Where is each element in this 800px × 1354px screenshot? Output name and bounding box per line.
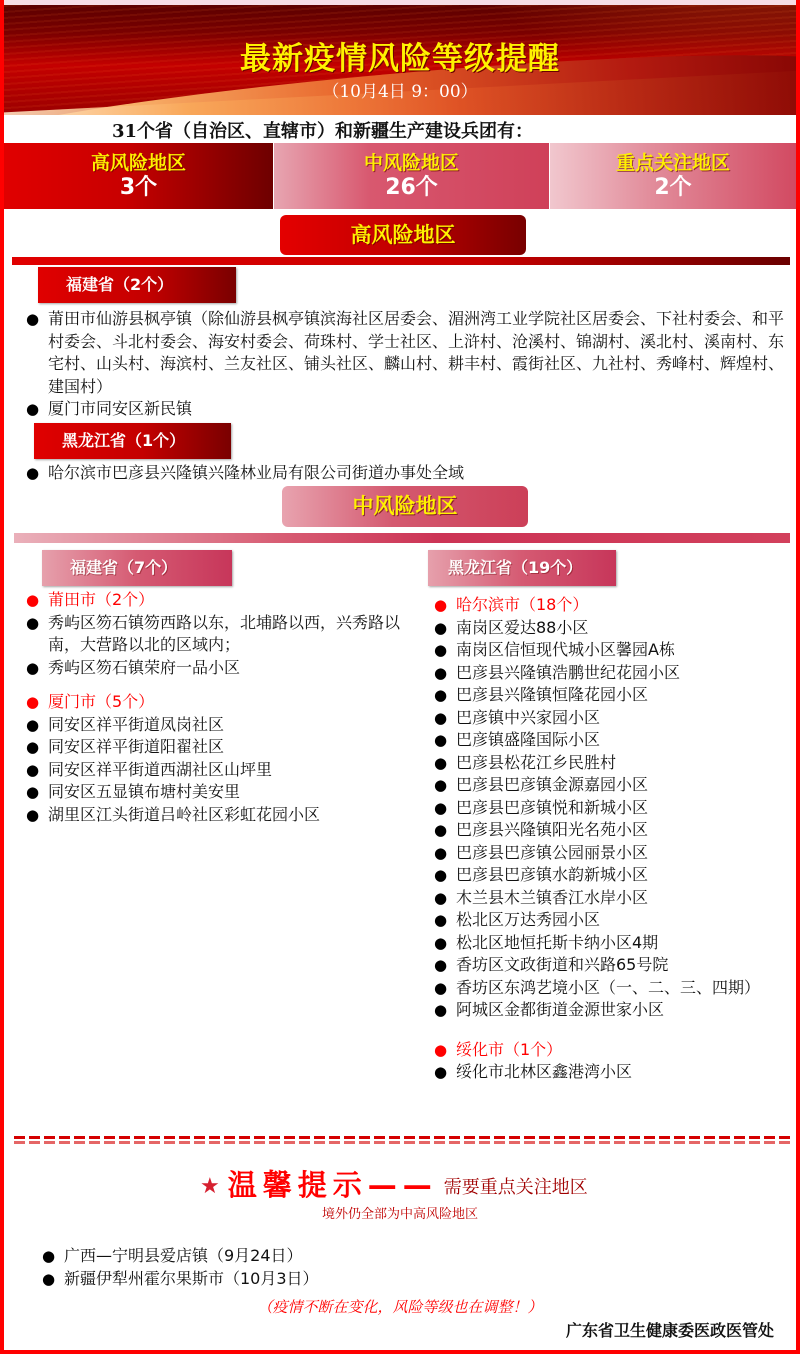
city-heading-putian: 莆田市（2个） (26, 589, 406, 612)
star-icon: ★ (200, 1171, 220, 1203)
risk-summary-bar: 高风险地区 3个 中风险地区 26个 重点关注地区 2个 (4, 143, 796, 209)
summary-label: 重点关注地区 (616, 151, 730, 175)
province-tag-fujian-mid: 福建省（7个） (42, 550, 232, 586)
page-timestamp: （10月4日 9：00） (4, 77, 796, 102)
list-item: 木兰县木兰镇香江水岸小区 (434, 887, 790, 910)
list-item: 松北区万达秀园小区 (434, 909, 790, 932)
list-item: 巴彦镇盛隆国际小区 (434, 729, 790, 752)
spacer (26, 679, 406, 691)
list-item: 厦门市同安区新民镇 (26, 398, 790, 421)
list-item: 巴彦县兴隆镇恒隆花园小区 (434, 684, 790, 707)
list-item: 香坊区东鸿艺境小区（一、二、三、四期） (434, 977, 790, 1000)
city-heading-suihua: 绥化市（1个） (434, 1039, 790, 1062)
list-item: 巴彦县松花江乡民胜村 (434, 752, 790, 775)
summary-mid-risk: 中风险地区 26个 (273, 143, 549, 209)
list-item: 同安区祥平街道凤岗社区 (26, 714, 406, 737)
high-risk-heading: 高风险地区 (280, 215, 526, 255)
header-banner: 最新疫情风险等级提醒 （10月4日 9：00） (4, 5, 796, 115)
list-item: 巴彦县巴彦镇公园丽景小区 (434, 842, 790, 865)
list-item: 南岗区爱达88小区 (434, 617, 790, 640)
high-risk-divider (12, 257, 790, 265)
tips-note: 境外仍全部为中高风险地区 (0, 1203, 800, 1222)
high-risk-list-heilongjiang: 哈尔滨市巴彦县兴隆镇兴隆林业局有限公司街道办事处全域 (26, 462, 790, 485)
mid-risk-divider (14, 533, 790, 543)
province-tag-heilongjiang-high: 黑龙江省（1个） (34, 423, 231, 459)
list-item: 香坊区文政街道和兴路65号院 (434, 954, 790, 977)
list-item: 巴彦镇中兴家园小区 (434, 707, 790, 730)
list-item: 新疆伊犁州霍尔果斯市（10月3日） (42, 1268, 319, 1291)
list-item: 巴彦县兴隆镇阳光名苑小区 (434, 819, 790, 842)
summary-label: 中风险地区 (364, 151, 459, 175)
summary-high-risk: 高风险地区 3个 (4, 143, 273, 209)
summary-count: 3个 (120, 175, 157, 201)
list-item: 湖里区江头街道吕岭社区彩虹花园小区 (26, 804, 406, 827)
caution-text: （疫情不断在变化，风险等级也在调整！） (0, 1296, 800, 1317)
summary-count: 26个 (385, 175, 438, 201)
list-item: 广西—宁明县爱店镇（9月24日） (42, 1245, 319, 1268)
dashed-divider-secondary (14, 1141, 790, 1144)
list-item: 同安区五显镇布塘村美安里 (26, 781, 406, 804)
list-item: 同安区祥平街道西湖社区山坪里 (26, 759, 406, 782)
dashed-divider (14, 1136, 790, 1139)
list-item: 秀屿区笏石镇荣府一品小区 (26, 657, 406, 680)
list-item: 同安区祥平街道阳翟社区 (26, 736, 406, 759)
summary-count: 2个 (654, 175, 691, 201)
issuing-organization: 广东省卫生健康委医政医管处 (566, 1318, 774, 1341)
list-item: 巴彦县巴彦镇金源嘉园小区 (434, 774, 790, 797)
summary-label: 高风险地区 (91, 151, 186, 175)
list-item: 绥化市北林区鑫港湾小区 (434, 1061, 790, 1084)
list-item: 哈尔滨市巴彦县兴隆镇兴隆林业局有限公司街道办事处全域 (26, 462, 790, 485)
list-item: 莆田市仙游县枫亭镇（除仙游县枫亭镇滨海社区居委会、湄洲湾工业学院社区居委会、下社… (26, 308, 790, 398)
city-heading-harbin: 哈尔滨市（18个） (434, 594, 790, 617)
list-item: 巴彦县巴彦镇水韵新城小区 (434, 864, 790, 887)
list-item: 巴彦县巴彦镇悦和新城小区 (434, 797, 790, 820)
list-item: 松北区地恒托斯卡纳小区4期 (434, 932, 790, 955)
province-tag-fujian-high: 福建省（2个） (38, 267, 236, 303)
list-item: 南岗区信恒现代城小区馨园A栋 (434, 639, 790, 662)
tips-title: 温馨提示—— (228, 1167, 438, 1203)
mid-risk-list-fujian: 莆田市（2个） 秀屿区笏石镇笏西路以东，北埔路以西，兴秀路以南，大营路以北的区域… (26, 589, 406, 826)
list-item: 巴彦县兴隆镇浩鹏世纪花园小区 (434, 662, 790, 685)
city-heading-xiamen: 厦门市（5个） (26, 691, 406, 714)
mid-risk-heading: 中风险地区 (282, 486, 528, 527)
spacer (434, 1022, 790, 1039)
focus-area-list: 广西—宁明县爱店镇（9月24日） 新疆伊犁州霍尔果斯市（10月3日） (42, 1245, 319, 1290)
intro-text: 31个省（自治区、直辖市）和新疆生产建设兵团有： (112, 117, 533, 143)
page-title: 最新疫情风险等级提醒 (4, 33, 796, 78)
list-item: 秀屿区笏石镇笏西路以东，北埔路以西，兴秀路以南，大营路以北的区域内； (26, 612, 406, 657)
list-item: 阿城区金都街道金源世家小区 (434, 999, 790, 1022)
high-risk-list-fujian: 莆田市仙游县枫亭镇（除仙游县枫亭镇滨海社区居委会、湄洲湾工业学院社区居委会、下社… (26, 308, 790, 421)
tips-subtitle: 需要重点关注地区 (444, 1173, 588, 1203)
province-tag-heilongjiang-mid: 黑龙江省（19个） (428, 550, 616, 586)
mid-risk-list-heilongjiang: 哈尔滨市（18个） 南岗区爱达88小区 南岗区信恒现代城小区馨园A栋 巴彦县兴隆… (434, 594, 790, 1084)
tips-heading: ★ 温馨提示—— 需要重点关注地区 (200, 1167, 588, 1203)
summary-focus-areas: 重点关注地区 2个 (549, 143, 796, 209)
